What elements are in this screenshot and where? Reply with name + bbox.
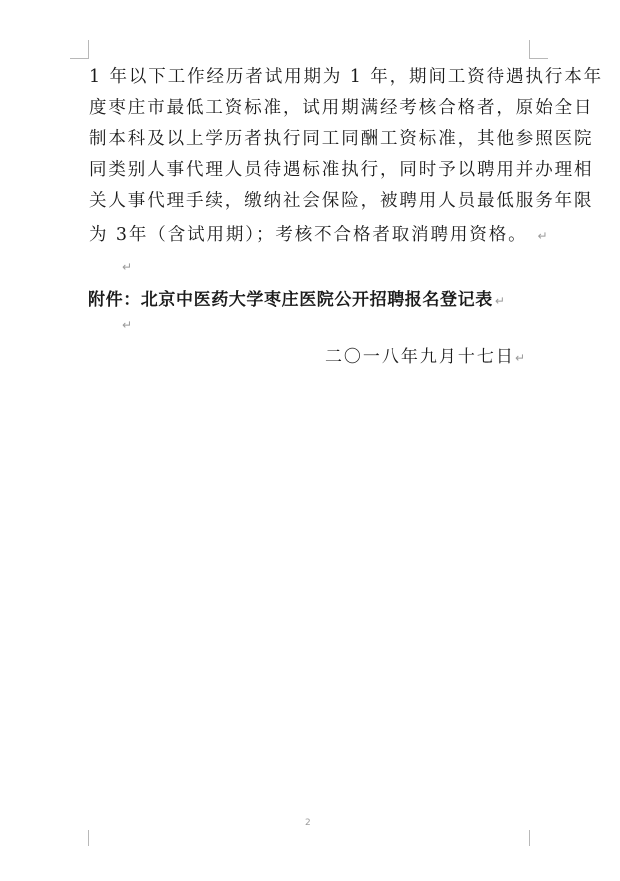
- body-line-text: 1 年以下工作经历者试用期为 1 年，期间工资待遇执行本年: [89, 67, 603, 87]
- paragraph-mark-icon: ↵: [495, 294, 505, 308]
- crop-mark-bottom-left-vertical: [88, 830, 89, 846]
- crop-mark-top-left-horizontal: [70, 58, 89, 59]
- document-page: 1 年以下工作经历者试用期为 1 年，期间工资待遇执行本年 度枣庄市最低工资标准…: [0, 0, 620, 881]
- attachment-line[interactable]: 附件：北京中医药大学枣庄医院公开招聘报名登记表↵: [88, 285, 505, 310]
- body-line: 1 年以下工作经历者试用期为 1 年，期间工资待遇执行本年: [89, 62, 529, 93]
- paragraph-mark-icon: ↵: [538, 229, 548, 243]
- attachment-text: 附件：北京中医药大学枣庄医院公开招聘报名登记表: [88, 290, 493, 310]
- crop-mark-bottom-right-vertical: [529, 830, 530, 846]
- empty-paragraph-mark-icon: ↵: [122, 318, 132, 332]
- body-paragraph[interactable]: 1 年以下工作经历者试用期为 1 年，期间工资待遇执行本年 度枣庄市最低工资标准…: [89, 62, 529, 253]
- body-line: 度枣庄市最低工资标准，试用期满经考核合格者，原始全日: [89, 93, 529, 124]
- crop-mark-top-right-vertical: [529, 40, 530, 59]
- empty-paragraph-mark-icon: ↵: [122, 260, 132, 274]
- date-text: 二〇一八年九月十七日: [325, 347, 515, 367]
- body-line-text: 度枣庄市最低工资标准，试用期满经考核合格者，原始全日: [89, 98, 593, 118]
- body-line: 制本科及以上学历者执行同工同酬工资标准，其他参照医院: [89, 124, 529, 155]
- body-line: 同类别人事代理人员待遇标准执行，同时予以聘用并办理相: [89, 155, 529, 186]
- crop-mark-top-right-horizontal: [529, 58, 548, 59]
- body-line-text: 制本科及以上学历者执行同工同酬工资标准，其他参照医院: [89, 129, 593, 149]
- body-line: 为 3年（含试用期）；考核不合格者取消聘用资格。↵: [89, 217, 529, 253]
- body-line-text: 为 3年（含试用期）；考核不合格者取消聘用资格。: [89, 225, 528, 245]
- body-line-text: 关人事代理手续，缴纳社会保险，被聘用人员最低服务年限: [89, 191, 593, 211]
- crop-mark-top-left-vertical: [88, 40, 89, 59]
- page-number: 2: [305, 818, 311, 828]
- body-line: 关人事代理手续，缴纳社会保险，被聘用人员最低服务年限: [89, 186, 529, 217]
- date-line[interactable]: 二〇一八年九月十七日↵: [325, 342, 525, 367]
- paragraph-mark-icon: ↵: [515, 351, 525, 365]
- body-line-text: 同类别人事代理人员待遇标准执行，同时予以聘用并办理相: [89, 160, 593, 180]
